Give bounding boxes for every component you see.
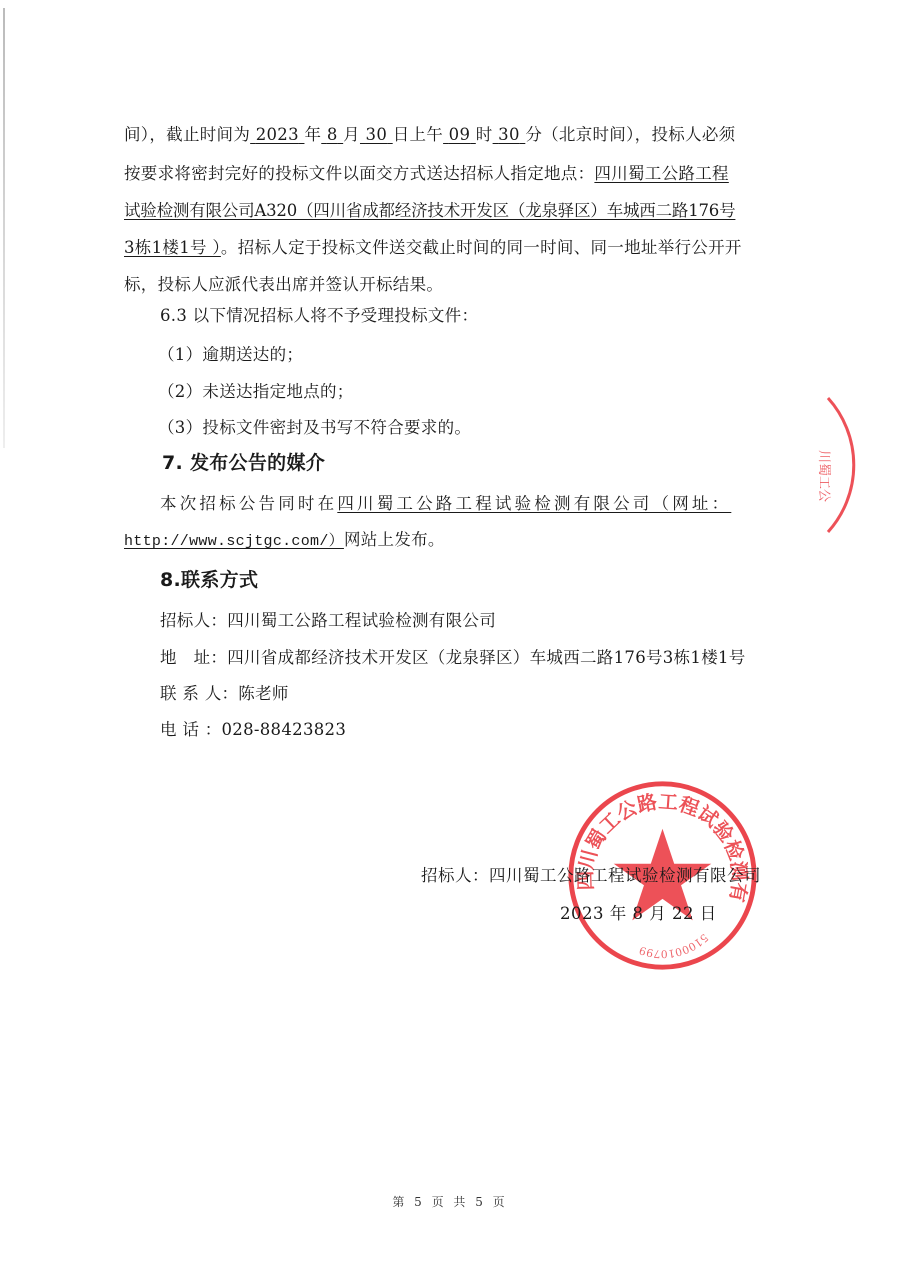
deadline-day: 30	[360, 125, 393, 144]
text: 月	[343, 125, 360, 144]
signature-date: 2023 年 8 月 22 日	[560, 900, 717, 924]
company-link: 四川蜀工公路工程试验检测有限公司（网址：	[337, 494, 731, 513]
partial-seal-icon: 川蜀工公	[806, 390, 866, 540]
paragraph-text: 标，投标人应派代表出席并签认开标结果。	[124, 271, 443, 295]
location-line-3: 3栋1楼1号 ）。招标人定于投标文件送交截止时间的同一时间、同一地址举行公开开	[124, 234, 742, 258]
text: 。招标人定于投标文件送交截止时间的同一时间、同一地址举行公开开	[221, 238, 742, 257]
location-line-1: 按要求将密封完好的投标文件以面交方式送达招标人指定地点：四川蜀工公路工程	[124, 160, 729, 184]
location-line-2: 试验检测有限公司A320（四川省成都经济技术开发区（龙泉驿区）车城西二路176号	[124, 197, 735, 221]
deadline-year: 2023	[250, 125, 304, 144]
text: 间），截止时间为	[124, 125, 250, 144]
section-6-3-title: 6.3 以下情况招标人将不予受理投标文件：	[160, 302, 478, 326]
section-7-text: 本次招标公告同时在四川蜀工公路工程试验检测有限公司（网址：	[160, 490, 731, 514]
website-url[interactable]: http://www.scjtgc.com/）	[124, 533, 344, 550]
scan-edge	[3, 8, 5, 448]
text: 网站上发布。	[344, 530, 445, 549]
list-item: （3）投标文件密封及书写不符合要求的。	[158, 414, 471, 438]
list-item: （1）逾期送达的；	[158, 341, 303, 365]
phone: 电 话 ：028-88423823	[160, 716, 346, 740]
deadline-hour: 09	[443, 125, 476, 144]
svg-text:5100010799: 5100010799	[637, 931, 710, 961]
location: 四川蜀工公路工程	[594, 164, 728, 183]
section-7-text-2: http://www.scjtgc.com/）网站上发布。	[124, 526, 445, 550]
text: 年	[304, 125, 321, 144]
section-7-heading: 7. 发布公告的媒介	[162, 448, 325, 475]
deadline-month: 8	[321, 125, 343, 144]
text: 时	[476, 125, 493, 144]
deadline-minute: 30	[493, 125, 526, 144]
text: 本次招标公告同时在	[160, 494, 337, 513]
tenderer: 招标人：四川蜀工公路工程试验检测有限公司	[160, 607, 496, 631]
list-item: （2）未送达指定地点的；	[158, 378, 354, 402]
text: 分（北京时间），投标人必须	[525, 125, 735, 144]
location: 试验检测有限公司A320（四川省成都经济技术开发区（龙泉驿区）车城西二路176号	[124, 201, 735, 220]
address: 地 址：四川省成都经济技术开发区（龙泉驿区）车城西二路176号3栋1楼1号	[160, 644, 746, 668]
signature-tenderer: 招标人：四川蜀工公路工程试验检测有限公司	[421, 862, 761, 886]
deadline-line: 间），截止时间为 2023 年 8 月 30 日上午 09 时 30 分（北京时…	[124, 121, 735, 145]
text: 按要求将密封完好的投标文件以面交方式送达招标人指定地点：	[124, 164, 594, 183]
section-8-heading: 8.联系方式	[160, 565, 258, 592]
location: 3栋1楼1号 ）	[124, 238, 221, 257]
contact-person: 联 系 人：陈老师	[160, 680, 289, 704]
svg-text:川蜀工公: 川蜀工公	[816, 450, 831, 502]
text: 日上午	[393, 125, 443, 144]
page-indicator: 第 5 页 共 5 页	[0, 1193, 900, 1210]
